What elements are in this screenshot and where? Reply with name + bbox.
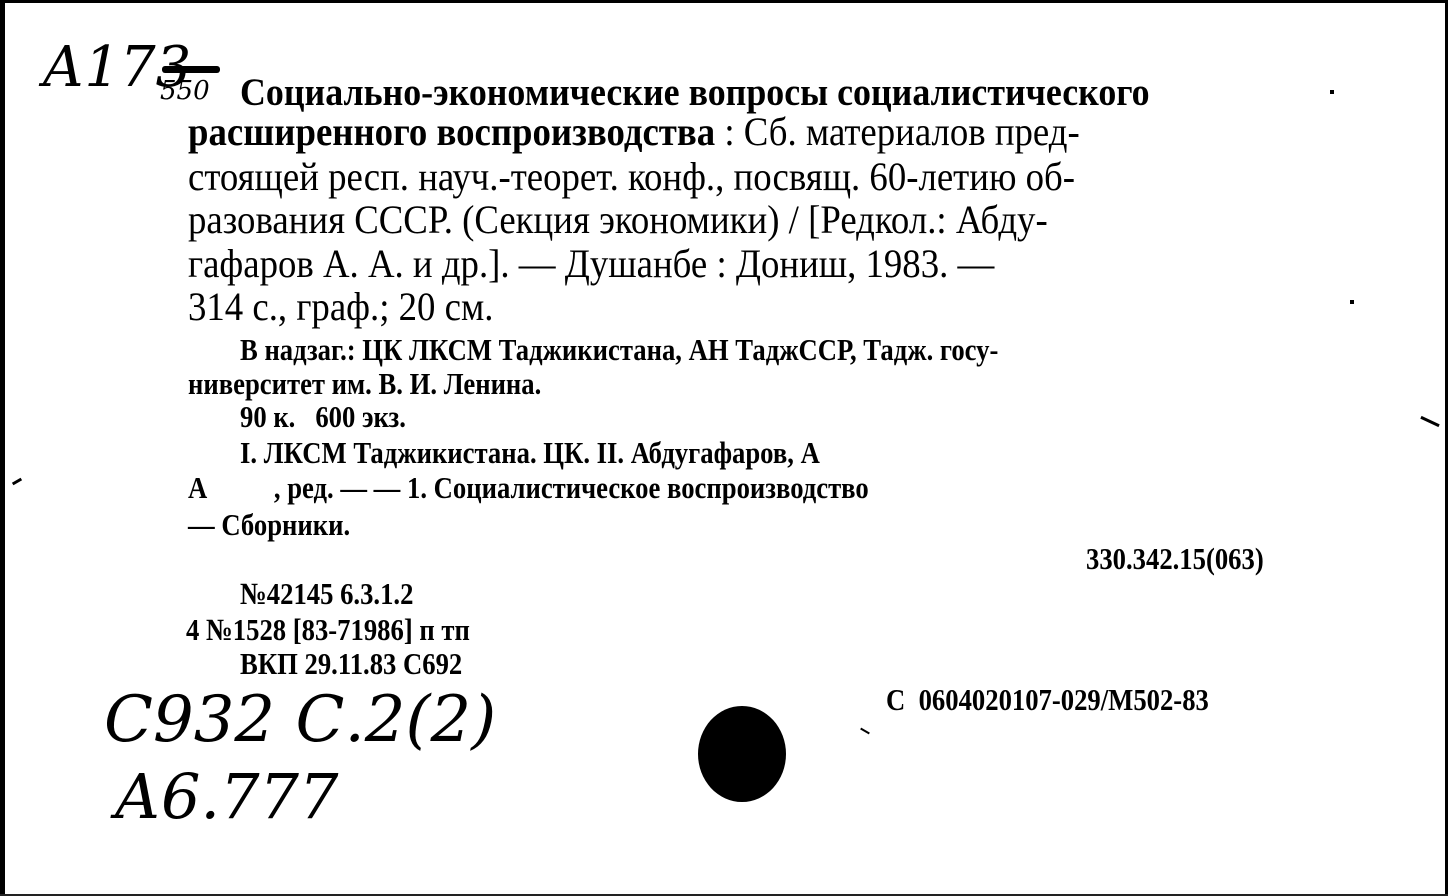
catalog-code: С 0604020107-029/М502-83: [886, 684, 1209, 715]
note-line-4: I. ЛКСМ Таджикистана. ЦК. II. Абдугафаро…: [240, 437, 820, 468]
print-line-1: №42145 6.3.1.2: [240, 578, 413, 609]
card-punch-hole: [698, 706, 786, 802]
body-line-1: стоящей респ. науч.-теорет. конф., посвя…: [188, 157, 1075, 197]
title-line-2: расширенного воспроизводства : Сб. матер…: [188, 112, 1080, 152]
body-line-2: разования СССР. (Секция экономики) / [Ре…: [188, 200, 1048, 240]
classification-code: 330.342.15(063): [1086, 543, 1264, 574]
handwritten-inventory-number: А6.777: [114, 766, 338, 828]
card-border-left: [0, 0, 5, 896]
note-line-1: В надзаг.: ЦК ЛКСМ Таджикистана, АН Тадж…: [240, 334, 998, 365]
title-line-2-bold: расширенного воспроизводства: [188, 109, 715, 154]
note-line-2: ниверситет им. В. И. Ленина.: [188, 368, 541, 399]
handwritten-code-sub: 550: [160, 78, 210, 104]
scan-speck: [1420, 416, 1439, 427]
scan-speck: [1330, 90, 1334, 94]
scan-speck: [12, 478, 22, 486]
print-line-2: 4 №1528 [83-71986] п тп: [186, 614, 470, 645]
body-line-4: 314 с., граф.; 20 см.: [188, 287, 493, 327]
note-line-6: — Сборники.: [188, 509, 350, 540]
title-line-2-rest: : Сб. материалов пред-: [724, 109, 1079, 154]
print-line-3: ВКП 29.11.83 С692: [240, 648, 462, 679]
title-line-1: Социально-экономические вопросы социалис…: [240, 73, 1150, 112]
scan-speck: [1350, 300, 1354, 304]
card-border-top: [0, 0, 1448, 3]
note-line-3: 90 к. 600 экз.: [240, 401, 406, 432]
body-line-3: гафаров А. А. и др.]. — Душанбе : Дониш,…: [188, 244, 994, 284]
handwritten-underline: [162, 66, 220, 73]
scan-speck: [860, 728, 870, 735]
handwritten-call-number: С932 С.2(2): [104, 688, 496, 752]
note-line-5: А , ред. — — 1. Социалистическое воспрои…: [188, 472, 869, 503]
